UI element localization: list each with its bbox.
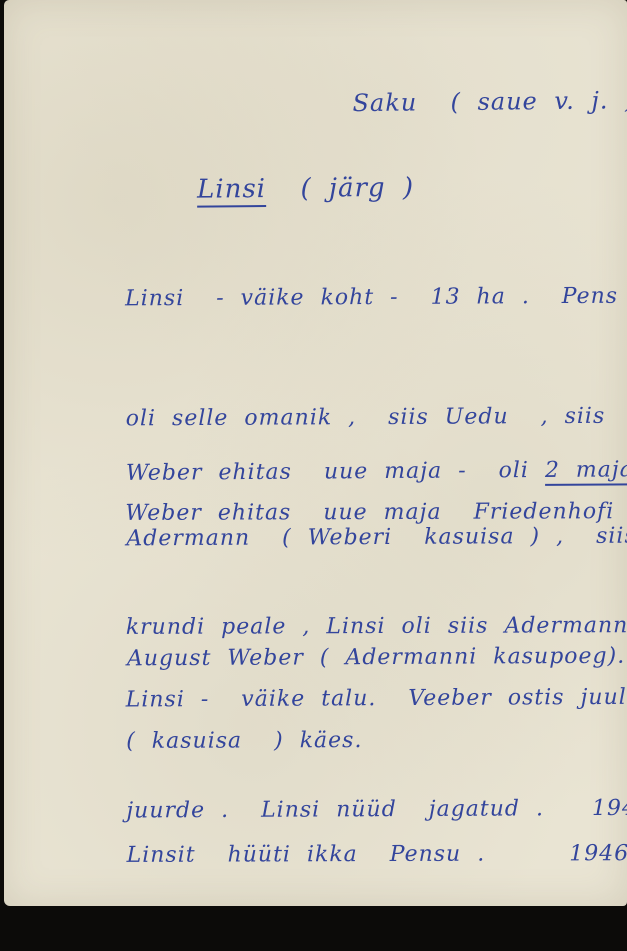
handwritten-line: juurde . Linsi nüüd jagatud . 1946. xyxy=(126,789,627,829)
header-text: Saku ( saue v. j. ) xyxy=(352,86,627,117)
handwritten-line: Linsi - väike talu. Veeber ostis juulisk… xyxy=(126,679,627,719)
handwritten-line: Weber ehitas uue maja Friedenhofi xyxy=(125,493,627,533)
scanned-page: Saku ( saue v. j. ) Linsi ( järg ) Linsi… xyxy=(4,0,627,906)
handwritten-line: Linsi - väike koht - 13 ha . Pens xyxy=(125,277,627,320)
paragraph-4: Linsi - väike talu. Veeber ostis juulisk… xyxy=(125,605,627,904)
page-header: Saku ( saue v. j. ) xyxy=(286,58,627,146)
